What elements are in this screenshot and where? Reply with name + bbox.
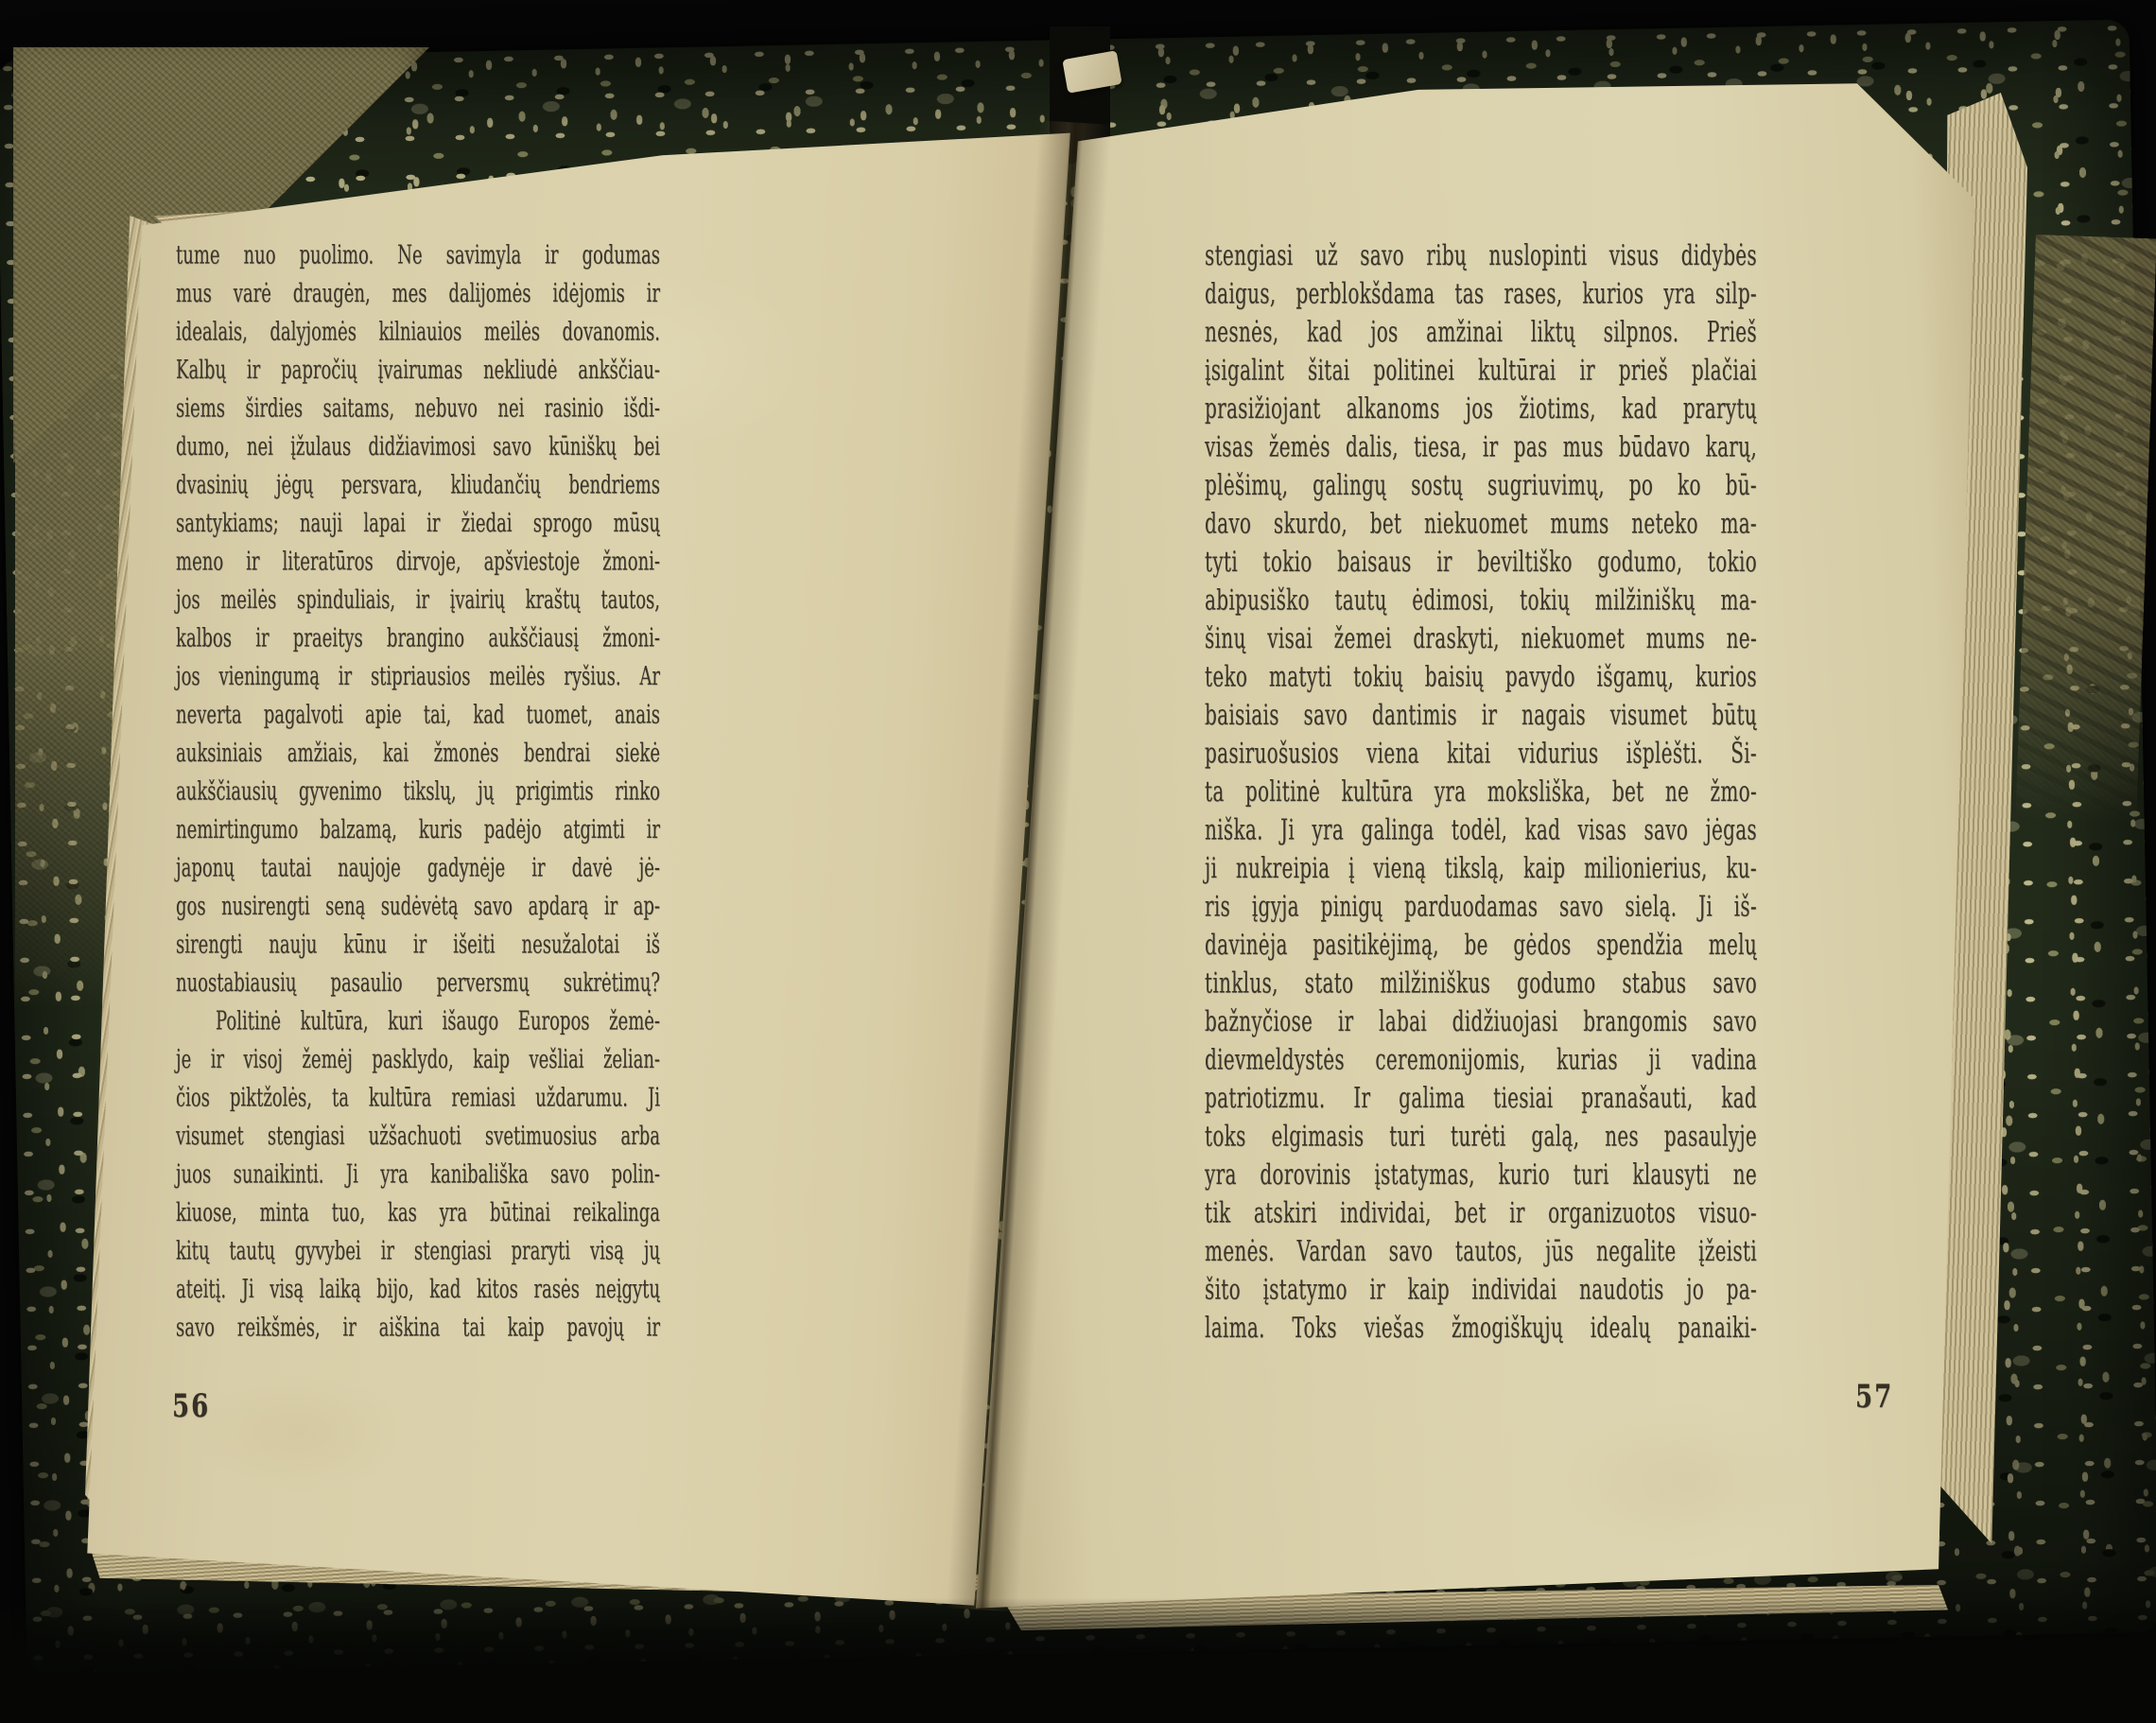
text-line: idealais, dalyjomės kilniauios meilės do… [176, 313, 660, 352]
text-line: kalbos ir praeitys brangino aukščiausį ž… [176, 619, 660, 658]
text-line: kiuose, minta tuo, kas yra būtinai reika… [176, 1194, 660, 1233]
text-line: meno ir literatūros dirvoje, apšviestoje… [176, 543, 660, 582]
text-line: aukščiausių gyvenimo tikslų, jų prigimti… [176, 773, 660, 811]
text-line: pasiruošusios viena kitai vidurius išplė… [1205, 735, 1757, 774]
text-line: ateitį. Ji visą laiką bijo, kad kitos ra… [176, 1271, 660, 1310]
right-page-text: stengiasi už savo ribų nuslopinti visus … [1205, 236, 1757, 1348]
text-line: patriotizmu. Ir galima tiesiai pranašaut… [1205, 1079, 1757, 1118]
text-line: niška. Ji yra galinga todėl, kad visas s… [1205, 811, 1757, 850]
text-line: menės. Vardan savo tautos, jūs negalite … [1205, 1232, 1757, 1271]
text-line: yra dorovinis įstatymas, kurio turi klau… [1205, 1156, 1757, 1194]
text-line: tyti tokio baisaus ir beviltiško godumo,… [1205, 543, 1757, 582]
text-line: santykiams; nauji lapai ir žiedai sprogo… [176, 505, 660, 544]
text-line: tik atskiri individai, bet ir organizuot… [1205, 1194, 1757, 1233]
text-line: nemirtingumo balzamą, kuris padėjo atgim… [176, 811, 660, 850]
cover-cloth-right-edge [2015, 235, 2156, 825]
text-line: Kalbų ir papročių įvairumas nekliudė ank… [176, 352, 660, 391]
text-line: visumet stengiasi užšachuoti svetimuosiu… [176, 1118, 660, 1157]
text-line: juos sunaikinti. Ji yra kanibališka savo… [176, 1156, 660, 1194]
text-line: abipusiško tautų ėdimosi, tokių milžiniš… [1205, 582, 1757, 620]
text-line: je ir visoj žemėj pasklydo, kaip vešliai… [176, 1041, 660, 1080]
text-line: jos vieningumą ir stipriausios meilės ry… [176, 658, 660, 697]
text-line: stengiasi už savo ribų nuslopinti visus … [1205, 236, 1757, 275]
left-page-number: 56 [172, 1388, 210, 1425]
text-line: ris įgyja pinigų parduodamas savo sielą.… [1205, 888, 1757, 927]
text-line: nuostabiausių pasaulio perversmų sukrėti… [176, 965, 660, 1003]
text-line: nesnės, kad jos amžinai liktų silpnos. P… [1205, 313, 1757, 352]
text-line: tume nuo puolimo. Ne savimyla ir godumas [176, 236, 660, 275]
text-line: šinų visai žemei draskyti, niekuomet mum… [1205, 619, 1757, 658]
text-line: japonų tautai naujoje gadynėje ir davė j… [176, 849, 660, 888]
text-line: gos nusirengti seną sudėvėtą savo apdarą… [176, 888, 660, 927]
text-line: dievmeldystės ceremonijomis, kurias ji v… [1205, 1041, 1757, 1080]
text-line: bažnyčiose ir labai didžiuojasi brangomi… [1205, 1002, 1757, 1041]
text-line: davinėja pasitikėjimą, be gėdos spendžia… [1205, 926, 1757, 965]
text-line: plėšimų, galingų sostų sugriuvimų, po ko… [1205, 466, 1757, 505]
text-line: prasižiojant alkanoms jos žiotims, kad p… [1205, 390, 1757, 428]
text-line: kitų tautų gyvybei ir stengiasi praryti … [176, 1232, 660, 1271]
text-line: Politinė kultūra, kuri išaugo Europos že… [176, 1002, 660, 1041]
text-line: ta politinė kultūra yra moksliška, bet n… [1205, 773, 1757, 811]
text-line: dvasinių jėgų persvara, kliudančių bendr… [176, 466, 660, 505]
book-scan: tume nuo puolimo. Ne savimyla ir godumas… [0, 0, 2156, 1723]
left-page-text: tume nuo puolimo. Ne savimyla ir godumas… [176, 236, 660, 1348]
text-line: šito įstatymo ir kaip individai naudotis… [1205, 1271, 1757, 1310]
text-line: čios piktžolės, ta kultūra remiasi uždar… [176, 1079, 660, 1118]
text-line: laima. Toks viešas žmogiškųjų idealų pan… [1205, 1309, 1757, 1348]
text-line: jos meilės spinduliais, ir įvairių krašt… [176, 582, 660, 620]
text-line: auksiniais amžiais, kai žmonės bendrai s… [176, 735, 660, 774]
text-line: daigus, perblokšdama tas rases, kurios y… [1205, 275, 1757, 314]
text-line: įsigalint šitai politinei kultūrai ir pr… [1205, 352, 1757, 391]
text-line: ji nukreipia į vieną tikslą, kaip milion… [1205, 849, 1757, 888]
text-line: neverta pagalvoti apie tai, kad tuomet, … [176, 696, 660, 735]
text-line: baisiais savo dantimis ir nagais visumet… [1205, 696, 1757, 735]
text-line: tinklus, stato milžiniškus godumo stabus… [1205, 965, 1757, 1003]
text-line: visas žemės dalis, tiesa, ir pas mus būd… [1205, 428, 1757, 467]
right-page-number: 57 [1855, 1379, 1893, 1416]
text-line: teko matyti tokių baisių pavydo išgamų, … [1205, 658, 1757, 697]
text-line: davo skurdo, bet niekuomet mums neteko m… [1205, 505, 1757, 544]
text-line: dumo, nei įžulaus didžiavimosi savo kūni… [176, 428, 660, 467]
text-line: toks elgimasis turi turėti galą, nes pas… [1205, 1118, 1757, 1157]
text-line: savo reikšmės, ir aiškina tai kaip pavoj… [176, 1309, 660, 1348]
text-line: siems širdies saitams, nebuvo nei rasini… [176, 390, 660, 428]
text-line: mus varė draugėn, mes dalijomės idėjomis… [176, 275, 660, 314]
text-line: sirengti nauju kūnu ir išeiti nesužalota… [176, 926, 660, 965]
